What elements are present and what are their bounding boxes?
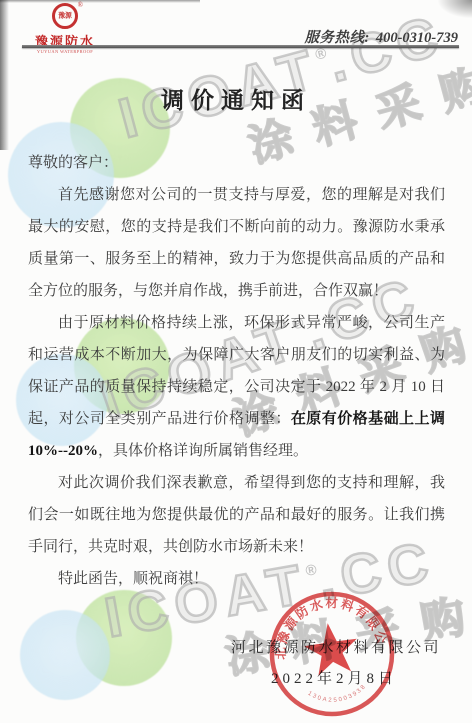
logo-emblem-text: 豫源 — [57, 8, 74, 25]
seal-star-icon — [301, 620, 361, 678]
company-seal-stamp: 河北豫源防水材料有限公司 130A25003938 — [257, 579, 406, 723]
header-rule — [22, 45, 459, 48]
watermark-word2: .CC — [321, 3, 451, 94]
photo-edge-shadow-left — [0, 0, 9, 150]
logo-brand-name-en: YUYUAN WATERPROOF — [32, 50, 99, 55]
paragraph-3: 对此次调价我们深表歉意，希望得到您的支持和理解，我们会一如既往地为您提供最优的产… — [28, 467, 445, 563]
watermark-circle-blue-3 — [20, 610, 110, 700]
document-title: 调价通知函 — [0, 82, 472, 115]
hotline-label: 服务热线: — [304, 30, 369, 46]
paragraph-text: ，具体价格详询所属销售经理。 — [98, 443, 308, 459]
seal-code: 130A25003938 — [306, 683, 370, 708]
paragraph-text: 特此函告，顺祝商祺！ — [58, 571, 208, 587]
paragraph-1: 首先感谢您对公司的一贯支持与厚爱，您的理解是对我们最大的安慰，您的支持是我们不断… — [28, 179, 445, 307]
photo-edge-shadow-top-right — [438, 0, 472, 18]
svg-text:130A25003938: 130A25003938 — [306, 683, 370, 708]
hotline-number: 400-0310-739 — [376, 30, 458, 46]
letter-body: 尊敬的客户： 首先感谢您对公司的一贯支持与厚爱，您的理解是对我们最大的安慰，您的… — [28, 147, 445, 595]
page: { "header": { "logo": { "emblem_text": "… — [0, 0, 472, 723]
paragraph-text: 对此次调价我们深表歉意，希望得到您的支持和理解，我们会一如既往地为您提供最优的产… — [28, 475, 445, 555]
photo-edge-shadow-top — [0, 0, 200, 3]
logo-emblem-icon: 豫源 ® — [52, 3, 78, 29]
service-hotline: 服务热线:400-0310-739 — [304, 26, 458, 47]
salutation: 尊敬的客户： — [28, 147, 445, 179]
paragraph-text: 首先感谢您对公司的一贯支持与厚爱，您的理解是对我们最大的安慰，您的支持是我们不断… — [28, 187, 445, 299]
paragraph-2: 由于原材料价格持续上涨，环保形式异常严峻，公司生产和运营成本不断加大，为保障广大… — [28, 307, 445, 467]
